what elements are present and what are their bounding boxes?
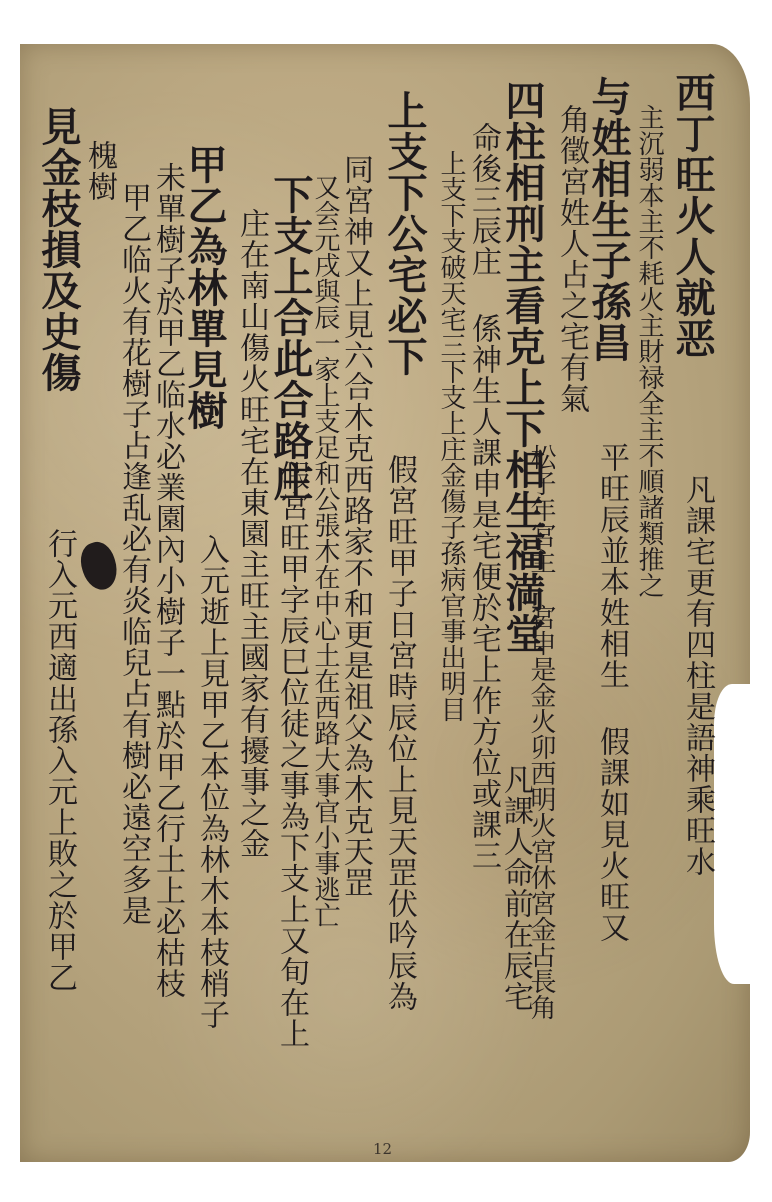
text-column-16b: 行入元西適出孫入元上敗之於甲乙	[42, 528, 76, 993]
text-column-4b: 凡課人命前在辰宅	[498, 764, 532, 1012]
manuscript-page: 西丁旺火人就恶 凡課宅更有四柱是語神乘旺水 主沉弱本主不耗火主財禄全主不順諸類推…	[20, 44, 750, 1162]
text-column-4: 四柱相刑主看克上下相生福満堂	[500, 80, 544, 654]
text-column-12: 甲乙為林單見樹	[182, 144, 226, 431]
text-column-11: 庄在南山傷火旺宅在東園主旺主國家有擾事之金	[234, 208, 268, 859]
text-column-3: 角徵宮姓人占之宅有氣	[554, 104, 588, 414]
text-column-7: 上支下公宅必下	[382, 90, 426, 377]
text-column-2b: 平旺辰並本姓相生 假課如見火旺又	[594, 442, 628, 943]
page-number: 12	[373, 1140, 392, 1158]
text-column-9: 又会元戌與辰一家上支足和公張木在中心土在西路大事官小事逃亡	[310, 174, 340, 928]
text-column-1b: 凡課宅更有四柱是語神乘旺水	[680, 474, 714, 877]
text-column-1: 西丁旺火人就恶	[670, 72, 714, 359]
text-column-13: 未單樹子於甲乙临水必業園內小樹子一點於甲乙行土上必枯枝	[150, 162, 184, 999]
text-column-16: 見金枝損及史傷	[36, 106, 80, 393]
text-column-2a: 主沉弱本主不耗火主財禄全主不順諸類推之	[634, 104, 664, 598]
text-column-8: 同宮神又上見六合木克西路家不和更是祖父為木克天罡	[338, 154, 372, 898]
text-column-7b: 假宮旺甲子日宮時辰位上見天罡伏吟辰為	[382, 454, 416, 1012]
torn-edge	[714, 684, 750, 984]
text-column-5: 命後三辰庄 係神生人課申是宅便於宅上作方位或課三	[466, 122, 500, 871]
text-column-6: 上支下支破天宅三下支上庄金傷子孫病官事出明目	[436, 150, 466, 722]
text-column-12b: 入元逝上見甲乙本位為林木本枝梢子	[194, 534, 228, 1030]
text-column-14: 甲乙临火有花樹子占逢乱必有炎临兒占有樹必遠空多是	[116, 182, 150, 926]
text-column-10: 下支上合此合路庄	[268, 174, 312, 502]
text-column-15: 槐樹	[82, 140, 116, 202]
text-column-10b: 假宮旺甲字辰巳位徒之事為下支上又旬在上	[274, 460, 308, 1049]
text-column-2: 与姓相生子孫昌	[586, 76, 630, 363]
